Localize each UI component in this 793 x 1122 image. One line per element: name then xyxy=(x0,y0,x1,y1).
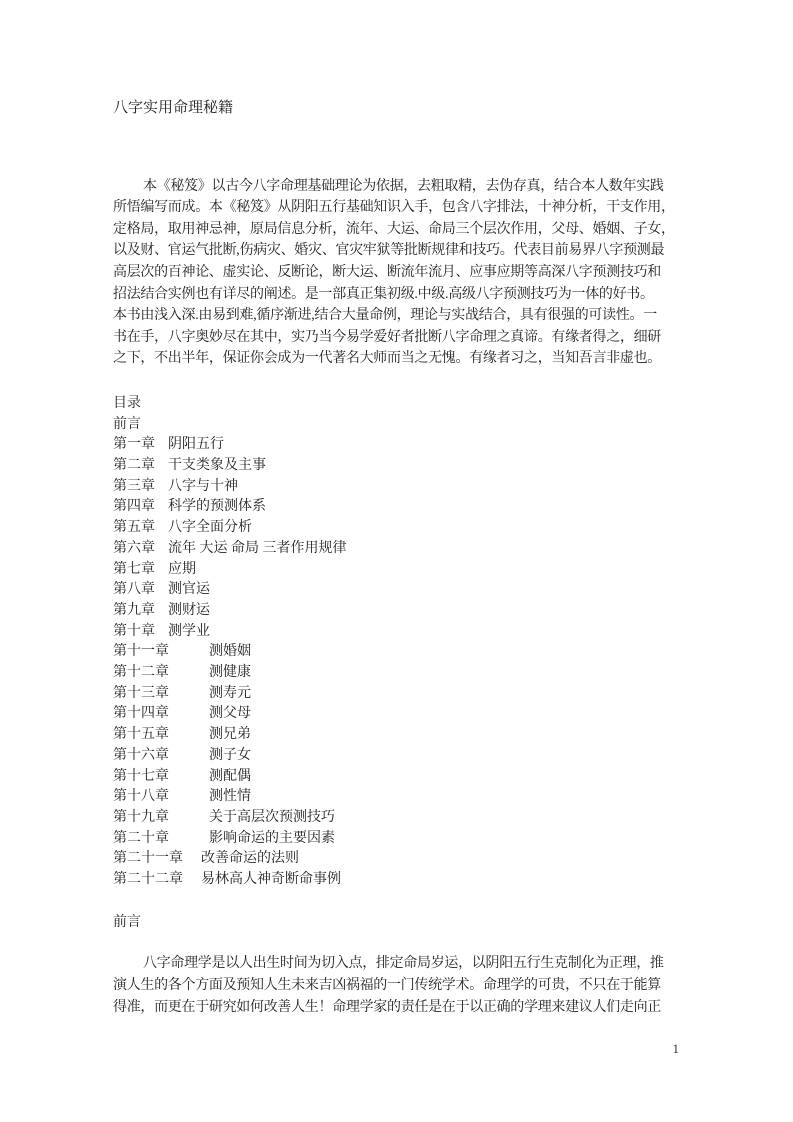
toc-entry: 第十九章关于高层次预测技巧 xyxy=(113,808,679,829)
toc-entry: 第十一章测婚姻 xyxy=(113,642,679,663)
paragraph-line: 演人生的各个方面及预知人生未来吉凶祸福的一门传统学术。命理学的可贵，不只在于能算 xyxy=(113,975,679,997)
toc-entry: 第十三章测寿元 xyxy=(113,684,679,705)
paragraph-line: 书在手，八字奥妙尽在其中，实乃当今易学爱好者批断八字命理之真谛。有缘者得之，细研 xyxy=(113,327,679,349)
toc-entry-label: 第二十二章 xyxy=(113,870,201,891)
paragraph-line: 定格局，取用神忌神，原局信息分析，流年、大运、命局三个层次作用，父母、婚姻、子女… xyxy=(113,219,679,241)
toc-entry-title: 流年 大运 命局 三者作用规律 xyxy=(168,539,347,560)
toc-entry-label: 第二十章 xyxy=(113,829,209,850)
paragraph-line: 得准，而更在于研究如何改善人生！命理学家的责任是在于以正确的学理来建议人们走向正 xyxy=(113,997,679,1019)
document-page: 八字实用命理秘籍 本《秘笈》以古今八字命理基础理论为依据，去粗取精，去伪存真，结… xyxy=(0,0,793,1122)
paragraph-line: 所悟编写而成。本《秘笈》从阴阳五行基础知识入手，包含八字排法，十神分析，干支作用… xyxy=(113,197,679,219)
toc-entry-title: 测配偶 xyxy=(209,767,251,788)
toc-entry-label: 第十六章 xyxy=(113,746,209,767)
toc-entry: 第十七章测配偶 xyxy=(113,767,679,788)
toc-entry-title: 测学业 xyxy=(168,622,210,643)
toc-entry-label: 第八章 xyxy=(113,580,168,601)
toc-entry-label: 第二十一章 xyxy=(113,849,201,870)
toc-entry: 第十四章测父母 xyxy=(113,704,679,725)
paragraph-line: 本书由浅入深.由易到难,循序渐进,结合大量命例，理论与实战结合，具有很强的可读性… xyxy=(113,305,679,327)
toc-entry-title: 易林高人神奇断命事例 xyxy=(201,870,341,891)
preface-heading: 前言 xyxy=(113,912,679,934)
toc-entry-label: 第十七章 xyxy=(113,767,209,788)
toc-entry-label: 第十五章 xyxy=(113,725,209,746)
toc-entry-label: 第十四章 xyxy=(113,704,209,725)
toc-entry-label: 第五章 xyxy=(113,518,168,539)
preface-paragraph: 八字命理学是以人出生时间为切入点，排定命局岁运，以阴阳五行生克制化为正理，推演人… xyxy=(113,953,679,1018)
toc-entry: 第二十一章改善命运的法则 xyxy=(113,849,679,870)
toc-entry: 第十六章测子女 xyxy=(113,746,679,767)
paragraph-line: 高层次的百神论、虚实论、反断论，断大运、断流年流月、应事应期等高深八字预测技巧和 xyxy=(113,262,679,284)
toc-entry-title: 关于高层次预测技巧 xyxy=(209,808,335,829)
toc-entry-label: 第三章 xyxy=(113,477,168,498)
toc-entry: 第六章流年 大运 命局 三者作用规律 xyxy=(113,539,679,560)
toc-entry-title: 测财运 xyxy=(168,601,210,622)
page-number: 1 xyxy=(113,1038,679,1060)
toc-entry-title: 测健康 xyxy=(209,663,251,684)
toc-entry: 第十章测学业 xyxy=(113,622,679,643)
toc-entry: 前言 xyxy=(113,415,679,436)
document-title: 八字实用命理秘籍 xyxy=(113,98,679,120)
toc-entry-title: 测官运 xyxy=(168,580,210,601)
intro-paragraph: 本《秘笈》以古今八字命理基础理论为依据，去粗取精，去伪存真，结合本人数年实践所悟… xyxy=(113,176,679,370)
toc-entry-title: 八字全面分析 xyxy=(168,518,252,539)
toc-entry-title: 测寿元 xyxy=(209,684,251,705)
toc-entry-title: 测婚姻 xyxy=(209,642,251,663)
toc-entry-title: 应期 xyxy=(168,560,196,581)
toc-entry: 第十五章测兄弟 xyxy=(113,725,679,746)
toc-entry: 第十八章测性情 xyxy=(113,787,679,808)
paragraph-line: 八字命理学是以人出生时间为切入点，排定命局岁运，以阴阳五行生克制化为正理，推 xyxy=(113,953,679,975)
toc-list: 前言第一章阴阳五行第二章干支类象及主事第三章八字与十神第四章科学的预测体系第五章… xyxy=(113,415,679,891)
toc-entry-label: 第九章 xyxy=(113,601,168,622)
toc-entry: 第二十二章易林高人神奇断命事例 xyxy=(113,870,679,891)
toc-heading: 目录 xyxy=(113,394,679,415)
toc-entry: 第七章应期 xyxy=(113,560,679,581)
paragraph-line: 本《秘笈》以古今八字命理基础理论为依据，去粗取精，去伪存真，结合本人数年实践 xyxy=(113,176,679,198)
toc-entry: 第八章测官运 xyxy=(113,580,679,601)
toc-entry: 第一章阴阳五行 xyxy=(113,435,679,456)
toc-entry-title: 八字与十神 xyxy=(168,477,238,498)
toc-entry-title: 干支类象及主事 xyxy=(168,456,266,477)
toc-entry: 第九章测财运 xyxy=(113,601,679,622)
toc-entry: 第五章八字全面分析 xyxy=(113,518,679,539)
toc-entry-label: 第七章 xyxy=(113,560,168,581)
toc-entry-label: 第四章 xyxy=(113,497,168,518)
paragraph-line: 以及财、官运气批断,伤病灾、婚灾、官灾牢狱等批断规律和技巧。代表目前易界八字预测… xyxy=(113,240,679,262)
toc-entry-label: 第十三章 xyxy=(113,684,209,705)
toc-entry-label: 第二章 xyxy=(113,456,168,477)
toc-entry-label: 第十九章 xyxy=(113,808,209,829)
toc-entry-label: 第十章 xyxy=(113,622,168,643)
toc-entry-title: 测子女 xyxy=(209,746,251,767)
page-content: 八字实用命理秘籍 本《秘笈》以古今八字命理基础理论为依据，去粗取精，去伪存真，结… xyxy=(113,0,679,1018)
toc-entry-title: 测性情 xyxy=(209,787,251,808)
toc-entry-title: 改善命运的法则 xyxy=(201,849,299,870)
toc-entry-title: 影响命运的主要因素 xyxy=(209,829,335,850)
toc-entry-label: 前言 xyxy=(113,415,168,436)
toc-entry-label: 第十八章 xyxy=(113,787,209,808)
toc-entry: 第二十章影响命运的主要因素 xyxy=(113,829,679,850)
paragraph-line: 招法结合实例也有详尽的阐述。是一部真正集初级.中级.高级八字预测技巧为一体的好书… xyxy=(113,284,679,306)
paragraph-line: 之下，不出半年，保证你会成为一代著名大师而当之无愧。有缘者习之，当知吾言非虚也。 xyxy=(113,348,679,370)
toc-entry-label: 第十一章 xyxy=(113,642,209,663)
toc-entry-label: 第十二章 xyxy=(113,663,209,684)
toc-entry-label: 第一章 xyxy=(113,435,168,456)
toc-entry: 第二章干支类象及主事 xyxy=(113,456,679,477)
toc-entry: 第三章八字与十神 xyxy=(113,477,679,498)
toc-entry: 第四章科学的预测体系 xyxy=(113,497,679,518)
toc-entry: 第十二章测健康 xyxy=(113,663,679,684)
toc-entry-label: 第六章 xyxy=(113,539,168,560)
toc-entry-title: 科学的预测体系 xyxy=(168,497,266,518)
toc-entry-title: 阴阳五行 xyxy=(168,435,224,456)
toc-entry-title: 测父母 xyxy=(209,704,251,725)
toc-entry-title: 测兄弟 xyxy=(209,725,251,746)
